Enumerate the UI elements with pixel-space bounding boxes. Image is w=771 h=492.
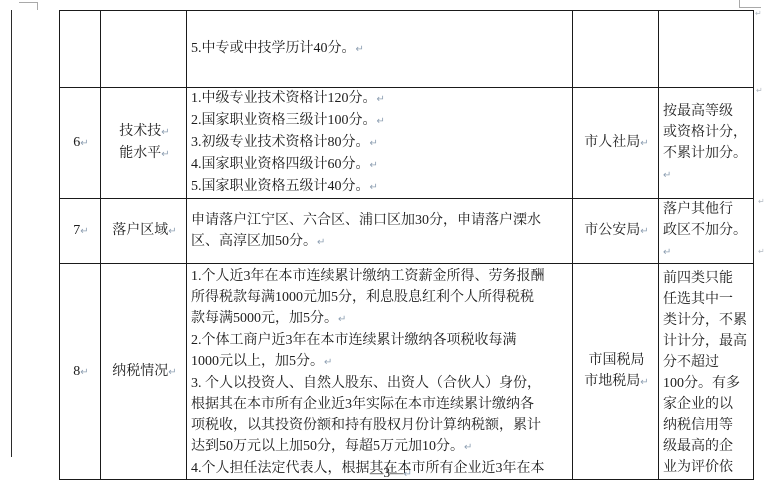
category-cell: 落户区域↵ [101,199,187,264]
row-number-cell [60,11,101,88]
row-end-mark-icon: ↵ [755,10,762,18]
table-row-6: 6↵ 技术技↵能水平↵ 1.中级专业技术资格计120分。↵2.国家职业资格三级计… [60,88,754,199]
row-number-cell: 6↵ [60,88,101,199]
row-end-mark-icon: ↵ [756,87,763,95]
scoring-criteria-table: 5.中专或中技学历计40分。↵ 6↵ 技术技↵能水平↵ 1.中级专业技术资格计1… [59,10,754,480]
document-page: 5.中专或中技学历计40分。↵ 6↵ 技术技↵能水平↵ 1.中级专业技术资格计1… [0,0,771,492]
content-cell: 5.中专或中技学历计40分。↵ [187,11,573,88]
content-cell: 申请落户江宁区、六合区、浦口区加30分，申请落户溧水区、高淳区加50分。↵ [187,199,573,264]
category-cell: 纳税情况↵ [101,264,187,480]
row-end-mark-icon: ↵ [758,248,765,256]
content-cell: 1.中级专业技术资格计120分。↵2.国家职业资格三级计100分。↵3.初级专业… [187,88,573,199]
content-cell: 1.个人近3年在本市连续累计缴纳工资薪金所得、劳务报酬所得税款每满1000元加5… [187,264,573,480]
remark-cell [659,11,754,88]
outer-column-gridline [11,10,12,457]
page-number: —3—↵ [0,465,771,481]
row-number-cell: 8↵ [60,264,101,480]
department-cell: 市公安局↵ [573,199,659,264]
table-row-7: 7↵ 落户区域↵ 申请落户江宁区、六合区、浦口区加30分，申请落户溧水区、高淳区… [60,199,754,264]
text-boundary-corner-top-left [19,2,38,10]
category-cell: 技术技↵能水平↵ [101,88,187,199]
remark-cell: 按最高等级或资格计分，不累计加分。↵ [659,88,754,199]
remark-cell: 落户其他行政区不加分。↵ [659,199,754,264]
department-cell: 市国税局市地税局↵ [573,264,659,480]
row-end-mark-icon: ↵ [758,198,765,206]
category-cell [101,11,187,88]
department-cell [573,11,659,88]
department-cell: 市人社局↵ [573,88,659,199]
table-row-continued: 5.中专或中技学历计40分。↵ [60,11,754,88]
table-row-8: 8↵ 纳税情况↵ 1.个人近3年在本市连续累计缴纳工资薪金所得、劳务报酬所得税款… [60,264,754,480]
text-boundary-corner-top-right [739,0,761,8]
row-number-cell: 7↵ [60,199,101,264]
remark-cell: 前四类只能任选其中一类计分，不累计计分，最高分不超过100分。有多家企业的以纳税… [659,264,754,480]
